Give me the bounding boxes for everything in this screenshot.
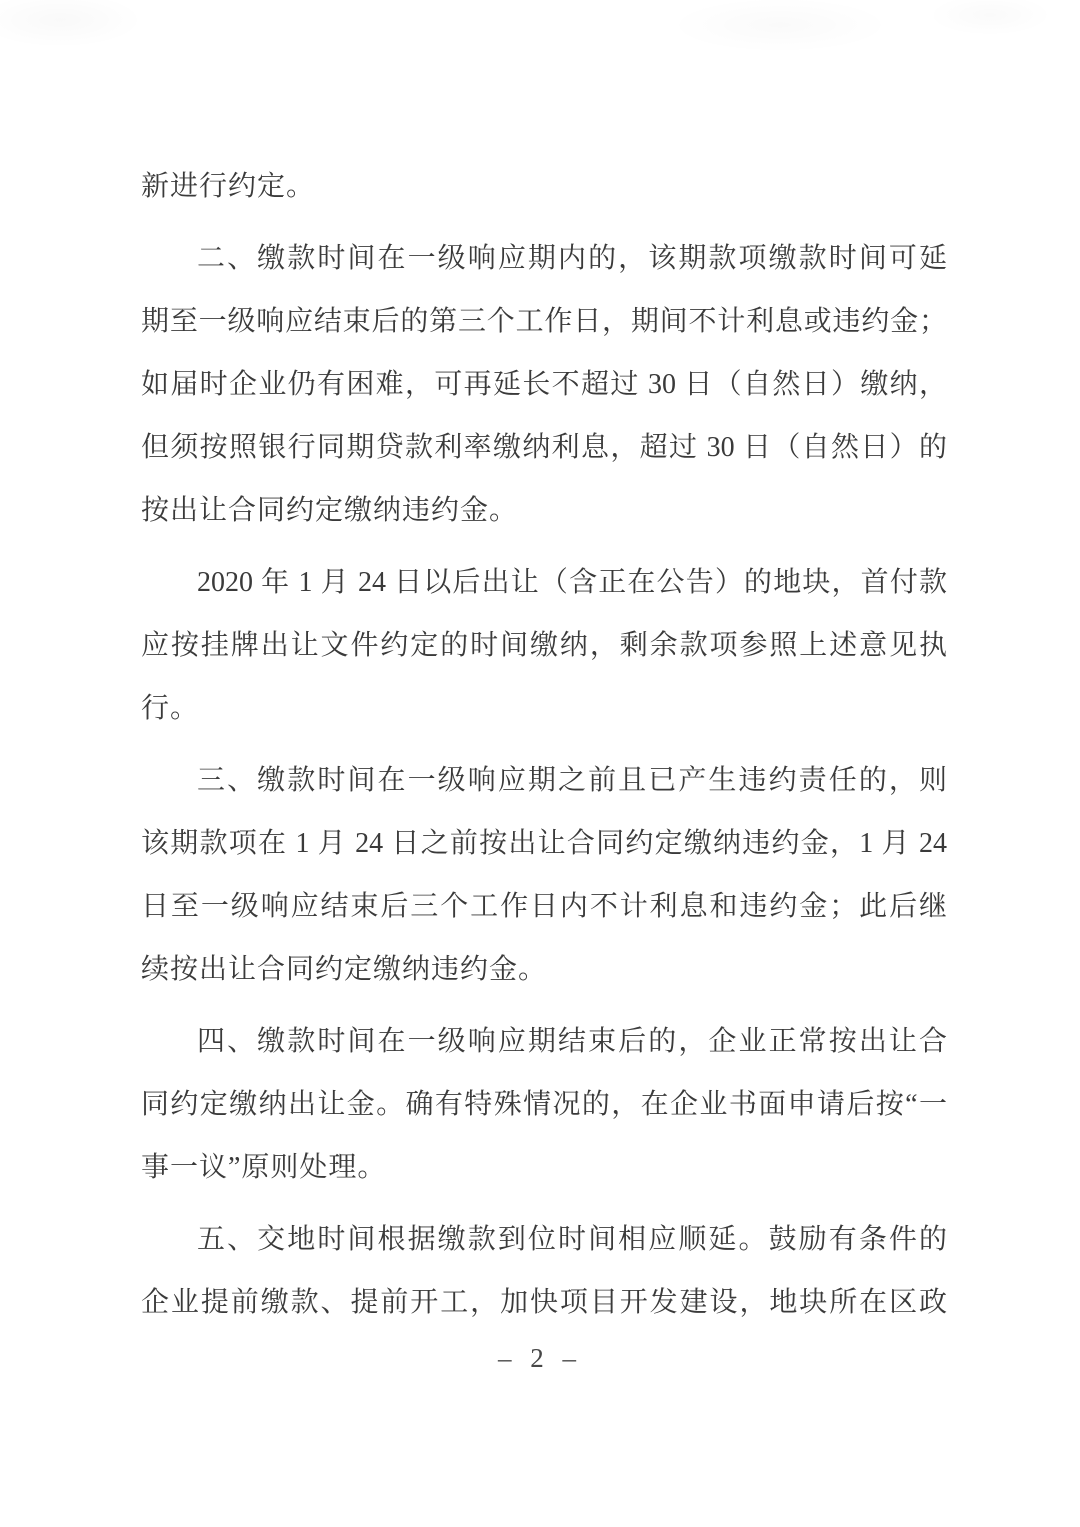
text-line: 按出让合同约定缴纳违约金。	[141, 479, 947, 542]
text-line: 日至一级响应结束后三个工作日内不计利息和违约金；此后继	[141, 875, 947, 938]
text-line: 三、缴款时间在一级响应期之前且已产生违约责任的，则	[141, 749, 947, 812]
text-line: 期至一级响应结束后的第三个工作日，期间不计利息或违约金；	[141, 290, 947, 353]
text-line: 如届时企业仍有困难，可再延长不超过 30 日（自然日）缴纳，	[141, 353, 947, 416]
paragraph: 二、缴款时间在一级响应期内的，该期款项缴款时间可延期至一级响应结束后的第三个工作…	[141, 227, 947, 542]
document-text-block: 新进行约定。二、缴款时间在一级响应期内的，该期款项缴款时间可延期至一级响应结束后…	[141, 155, 947, 1343]
paragraph: 四、缴款时间在一级响应期结束后的，企业正常按出让合同约定缴纳出让金。确有特殊情况…	[141, 1010, 947, 1199]
paragraph: 三、缴款时间在一级响应期之前且已产生违约责任的，则该期款项在 1 月 24 日之…	[141, 749, 947, 1001]
paragraph: 2020 年 1 月 24 日以后出让（含正在公告）的地块，首付款应按挂牌出让文…	[141, 551, 947, 740]
paragraph: 新进行约定。	[141, 155, 947, 218]
text-line: 五、交地时间根据缴款到位时间相应顺延。鼓励有条件的	[141, 1208, 947, 1271]
page-number: – 2 –	[0, 1336, 1080, 1380]
text-line: 四、缴款时间在一级响应期结束后的，企业正常按出让合	[141, 1010, 947, 1073]
text-line: 但须按照银行同期贷款利率缴纳利息，超过 30 日（自然日）的	[141, 416, 947, 479]
text-line: 2020 年 1 月 24 日以后出让（含正在公告）的地块，首付款	[141, 551, 947, 614]
text-line: 该期款项在 1 月 24 日之前按出让合同约定缴纳违约金，1 月 24	[141, 812, 947, 875]
text-line: 应按挂牌出让文件约定的时间缴纳，剩余款项参照上述意见执	[141, 614, 947, 677]
document-page: 新进行约定。二、缴款时间在一级响应期内的，该期款项缴款时间可延期至一级响应结束后…	[0, 0, 1080, 1527]
text-line: 同约定缴纳出让金。确有特殊情况的，在企业书面申请后按“一	[141, 1073, 947, 1136]
text-line: 行。	[141, 677, 947, 740]
text-line: 事一议”原则处理。	[141, 1136, 947, 1199]
text-line: 续按出让合同约定缴纳违约金。	[141, 938, 947, 1001]
text-line: 企业提前缴款、提前开工，加快项目开发建设，地块所在区政	[141, 1271, 947, 1334]
text-line: 新进行约定。	[141, 155, 947, 218]
paragraph: 五、交地时间根据缴款到位时间相应顺延。鼓励有条件的企业提前缴款、提前开工，加快项…	[141, 1208, 947, 1334]
text-line: 二、缴款时间在一级响应期内的，该期款项缴款时间可延	[141, 227, 947, 290]
